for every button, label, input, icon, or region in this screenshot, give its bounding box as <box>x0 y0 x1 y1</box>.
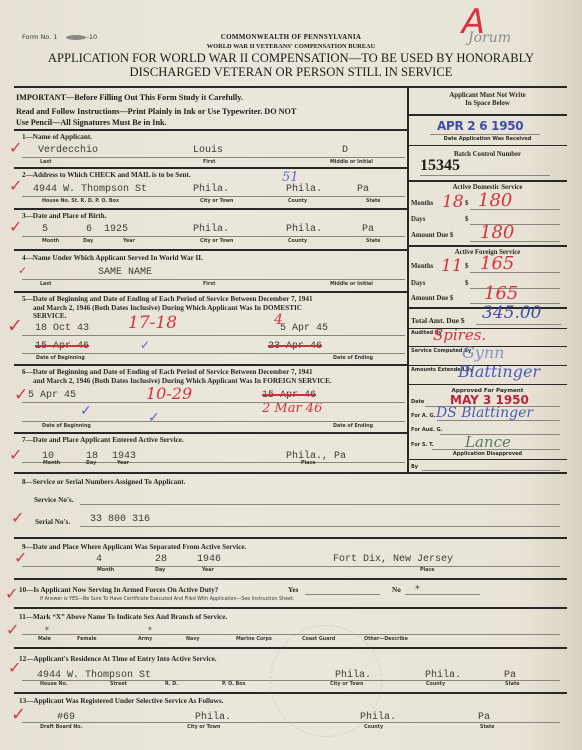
form-title-line-1: APPLICATION FOR WORLD WAR II COMPENSATIO… <box>0 51 582 65</box>
field-line <box>80 526 560 527</box>
field-line <box>470 272 560 273</box>
section-10-label: 10—Is Applicant Now Serving In Armed For… <box>19 586 218 594</box>
sub-label-end: Date of Ending <box>333 356 373 361</box>
option-other[interactable]: Other—Describe <box>364 637 408 642</box>
section-2-label: 2—Address to Which CHECK and MAIL is to … <box>22 171 191 179</box>
foreign-amount-label: Amount Due $ <box>411 295 453 302</box>
mail-county: Phila. <box>286 184 322 195</box>
sub-label-place: Place <box>420 568 435 573</box>
total-amount-value: 345.00 <box>482 303 541 323</box>
active-duty-no-label: No <box>392 586 401 594</box>
service-numbers-label: Service No's. <box>34 496 74 504</box>
section-4-label: 4—Name Under Which Applicant Served In W… <box>22 254 203 262</box>
field-line <box>22 196 405 197</box>
section-12-label: 12—Applicant's Residence At Time of Entr… <box>19 655 217 663</box>
army-mark[interactable]: ✶ <box>147 625 153 633</box>
sub-label-city: City or Town <box>187 725 220 730</box>
form-title-line-2: DISCHARGED VETERAN OR PERSON STILL IN SE… <box>0 65 582 79</box>
option-male[interactable]: Male <box>38 637 51 642</box>
divider <box>14 291 407 293</box>
divider <box>14 578 567 580</box>
separated-day: 28 <box>155 554 167 565</box>
foreign-begin: 5 Apr 45 <box>28 390 76 401</box>
birth-county: Phila. <box>286 224 322 235</box>
divider <box>409 245 567 247</box>
divider <box>14 129 407 131</box>
sub-label-house-no: House No. <box>40 682 68 687</box>
office-use-heading-line-2: In Space Below <box>410 100 565 108</box>
sub-label-day: Day <box>83 239 93 244</box>
sub-label-state: State <box>366 239 381 244</box>
male-mark[interactable]: ✶ <box>44 625 50 633</box>
section-13-label: 13—Applicant Was Registered Under Select… <box>19 697 223 705</box>
extended-signature: Blattinger <box>458 362 540 381</box>
sub-label-year: Year <box>123 239 135 244</box>
section-9-label: 9—Date and Place Where Applicant Was Sep… <box>22 543 246 551</box>
field-line <box>22 462 405 463</box>
divider <box>409 114 567 116</box>
field-line <box>22 279 405 280</box>
sub-label-draft-board: Draft Board No. <box>40 725 82 730</box>
field-line <box>22 157 405 158</box>
divider <box>14 537 567 539</box>
sub-label-county: County <box>426 682 445 687</box>
service-numbers-line <box>80 504 560 505</box>
sub-label-county: County <box>288 239 307 244</box>
sub-label-state: State <box>505 682 520 687</box>
divider <box>14 364 407 366</box>
divider <box>409 145 567 146</box>
audited-signature: Spires. <box>433 326 486 344</box>
sub-label-county: County <box>364 725 383 730</box>
applicant-middle-initial: D <box>342 145 348 156</box>
field-line <box>22 236 405 237</box>
check-icon: ✓ <box>7 317 23 336</box>
dollar-sign: $ <box>465 216 468 223</box>
foreign-amount-value: 165 <box>484 283 518 304</box>
check-icon: ✓ <box>18 265 27 276</box>
option-female[interactable]: Female <box>77 637 96 642</box>
approved-date-label: Date <box>411 400 424 406</box>
extended-by-label: Amounts Extended By <box>411 368 447 374</box>
domestic-begin-2-struck: 15 Apr 46 <box>35 341 89 352</box>
for-st-label: For S. T. <box>411 443 434 449</box>
sub-label-place: Place <box>301 461 316 466</box>
received-date-label: Date Application Was Received <box>410 137 565 143</box>
check-icon: ✓ <box>9 447 22 463</box>
sub-label-begin: Date of Beginning <box>36 356 85 361</box>
sub-label-last: Last <box>40 160 51 165</box>
sub-label-street: House No. St. R. D. P. O. Box <box>42 199 119 204</box>
sub-label-city: City or Town <box>200 239 233 244</box>
divider <box>409 459 567 460</box>
domestic-end-2-struck: 23 Apr 46 <box>268 341 322 352</box>
application-form-page: Form No. 1 -10 COMMONWEALTH OF PENNSYLVA… <box>0 0 582 750</box>
separated-year: 1946 <box>197 554 221 565</box>
for-aud-g-label: For Aud. G. <box>411 428 443 434</box>
check-icon: ✓ <box>9 140 22 156</box>
for-ag-label: For A. G. <box>411 414 435 420</box>
section-5-label-line-1: 5—Date of Beginning and Date of Ending o… <box>22 295 404 304</box>
divider <box>14 472 567 474</box>
gray-initials-mark: Jorum <box>468 30 511 46</box>
computed-by-label: Service Computed By <box>411 349 451 355</box>
sub-label-state: State <box>366 199 381 204</box>
applicant-last-name: Verdecchio <box>38 145 98 156</box>
check-icon: ✓ <box>5 586 18 602</box>
foreign-red-note: 10-29 <box>146 384 192 403</box>
foreign-months-value: 11 <box>441 256 463 276</box>
field-line <box>22 634 560 635</box>
sub-label-month: Month <box>97 568 114 573</box>
sub-label-month: Month <box>43 461 60 466</box>
mail-street: 4944 W. Thompson St <box>33 184 147 195</box>
serial-numbers-label: Serial No's. <box>35 518 70 526</box>
foreign-months-label: Months <box>411 263 433 270</box>
birth-day: 6 <box>86 224 92 235</box>
office-use-heading-line-1: Applicant Must Not Write <box>410 92 565 100</box>
field-line <box>22 353 405 354</box>
section-6-label-line-1: 6—Date of Beginning and Date of Ending o… <box>22 368 332 377</box>
check-icon: ✓ <box>14 550 27 566</box>
separated-place: Fort Dix, New Jersey <box>333 554 453 565</box>
sub-label-first: First <box>203 160 215 165</box>
domestic-months-label: Months <box>411 200 433 207</box>
instructions-line-2: Read and Follow Instructions—Print Plain… <box>16 106 296 117</box>
county-code-annotation: 51 <box>282 170 299 185</box>
audited-by-label: Audited By <box>411 331 433 337</box>
field-line <box>432 449 560 450</box>
field-line <box>22 335 405 336</box>
sub-label-last: Last <box>40 282 51 287</box>
sub-label-street: Street <box>110 682 127 687</box>
option-army[interactable]: Army <box>138 637 152 642</box>
serial-numbers-value: 33 800 316 <box>90 514 150 525</box>
sub-label-rd: R. D. <box>165 682 178 687</box>
instructions-line-3: Use Pencil—All Signatures Must Be in Ink… <box>16 117 296 128</box>
foreign-end-correction: 2 Mar 46 <box>262 401 322 416</box>
dollar-sign: $ <box>465 200 468 207</box>
entered-place: Phila., Pa <box>286 451 346 462</box>
active-duty-note: If Answer is YES—Be Sure To Have Certifi… <box>40 597 294 602</box>
field-line <box>420 175 550 176</box>
field-line <box>470 241 560 242</box>
domestic-amount-label: Amount Due $ <box>411 232 453 239</box>
section-5-label: 5—Date of Beginning and Date of Ending o… <box>22 295 404 321</box>
dollar-sign: $ <box>465 263 468 270</box>
section-8-label: 8—Service or Serial Numbers Assigned To … <box>22 478 185 486</box>
section-7-label: 7—Date and Place Applicant Entered Activ… <box>22 436 184 444</box>
divider <box>14 167 407 169</box>
option-marine-corps[interactable]: Marine Corps <box>236 637 272 642</box>
field-line <box>22 566 560 567</box>
sub-label-county: County <box>288 199 307 204</box>
sub-label-city: City or Town <box>200 199 233 204</box>
instructions: IMPORTANT—Before Filling Out This Form S… <box>16 92 296 128</box>
section-3-label: 3—Date and Place of Birth. <box>22 212 106 220</box>
sub-label-year: Year <box>117 461 129 466</box>
active-duty-yes-label: Yes <box>288 586 298 594</box>
section-5-label-line-2: and March 2, 1946 (Both Dates Inclusive)… <box>22 304 404 313</box>
divider <box>14 249 407 251</box>
active-duty-yes-field[interactable] <box>305 594 380 595</box>
sub-label-year: Year <box>202 568 214 573</box>
divider <box>14 432 407 434</box>
header-divider <box>14 86 567 88</box>
foreign-days-label: Days <box>411 280 425 287</box>
mail-state: Pa <box>357 184 369 195</box>
check-icon: ✓ <box>9 219 22 235</box>
computed-signature: Gynn <box>462 343 504 362</box>
domestic-end-1: 5 Apr 45 <box>280 323 328 334</box>
total-amount-label: Total Amt. Due $ <box>411 316 465 325</box>
sub-label-begin: Date of Beginning <box>42 424 91 429</box>
birth-state: Pa <box>362 224 374 235</box>
sub-label-middle: Middle or Initial <box>330 282 373 287</box>
domestic-months-amount: 180 <box>478 190 512 211</box>
divider <box>14 607 567 609</box>
birth-month: 5 <box>42 224 48 235</box>
field-line <box>437 420 560 421</box>
check-icon: ✓ <box>11 510 24 526</box>
form-title: APPLICATION FOR WORLD WAR II COMPENSATIO… <box>0 51 582 79</box>
office-use-heading: Applicant Must Not Write In Space Below <box>410 92 565 108</box>
separated-month: 4 <box>96 554 102 565</box>
blue-check-icon: ✓ <box>148 410 160 426</box>
sub-label-po-box: P. O. Box <box>222 682 246 687</box>
active-duty-no-mark[interactable]: ✶ <box>414 583 421 592</box>
disapproved-by-label: By <box>411 465 418 471</box>
sub-label-day: Day <box>86 461 96 466</box>
received-date-stamp: APR 2 6 1950 <box>437 119 523 133</box>
domestic-months-value: 18 <box>442 192 464 212</box>
sub-label-middle: Middle or Initial <box>330 160 373 165</box>
batch-control-number: 15345 <box>420 157 460 175</box>
foreign-months-amount: 165 <box>480 253 514 274</box>
sub-label-state: State <box>480 725 495 730</box>
domestic-red-note: 17-18 <box>128 313 177 333</box>
sub-label-day: Day <box>155 568 165 573</box>
section-5-label-line-3: SERVICE. <box>22 312 404 321</box>
important-notice: IMPORTANT—Before Filling Out This Form S… <box>16 92 296 103</box>
disapproved-heading: Application Disapproved <box>410 452 565 458</box>
section-11-label: 11—Mark “X” Above Name To Indicate Sex A… <box>19 613 227 621</box>
sub-label-end: Date of Ending <box>333 424 373 429</box>
field-line <box>476 324 561 325</box>
domestic-amount-value: 180 <box>480 222 514 243</box>
applicant-first-name: Louis <box>193 145 223 156</box>
field-line <box>430 134 540 135</box>
birth-year: 1925 <box>104 224 128 235</box>
domestic-days-label: Days <box>411 216 425 223</box>
domestic-begin-1: 18 Oct 43 <box>35 323 89 334</box>
service-name: SAME NAME <box>98 267 152 278</box>
divider <box>409 384 567 385</box>
sub-label-month: Month <box>42 239 59 244</box>
birth-city: Phila. <box>193 224 229 235</box>
sub-label-first: First <box>203 282 215 287</box>
ag-signature: DS Blattinger <box>436 405 533 421</box>
field-line <box>470 209 560 210</box>
section-6-label: 6—Date of Beginning and Date of Ending o… <box>22 368 332 385</box>
section-1-label: 1—Name of Applicant. <box>22 133 92 141</box>
embossed-seal <box>270 625 382 737</box>
blue-check-icon: ✓ <box>140 338 150 352</box>
field-line <box>422 470 560 471</box>
divider <box>409 180 567 182</box>
check-icon: ✓ <box>9 178 22 194</box>
dollar-sign: $ <box>465 280 468 287</box>
field-line <box>405 594 480 595</box>
check-icon: ✓ <box>6 622 19 638</box>
foreign-end-struck: 15 Apr 46 <box>262 390 316 401</box>
divider <box>14 208 407 210</box>
field-line <box>22 421 405 422</box>
mail-city: Phila. <box>193 184 229 195</box>
option-navy[interactable]: Navy <box>186 637 200 642</box>
blue-check-icon: ✓ <box>80 403 92 419</box>
